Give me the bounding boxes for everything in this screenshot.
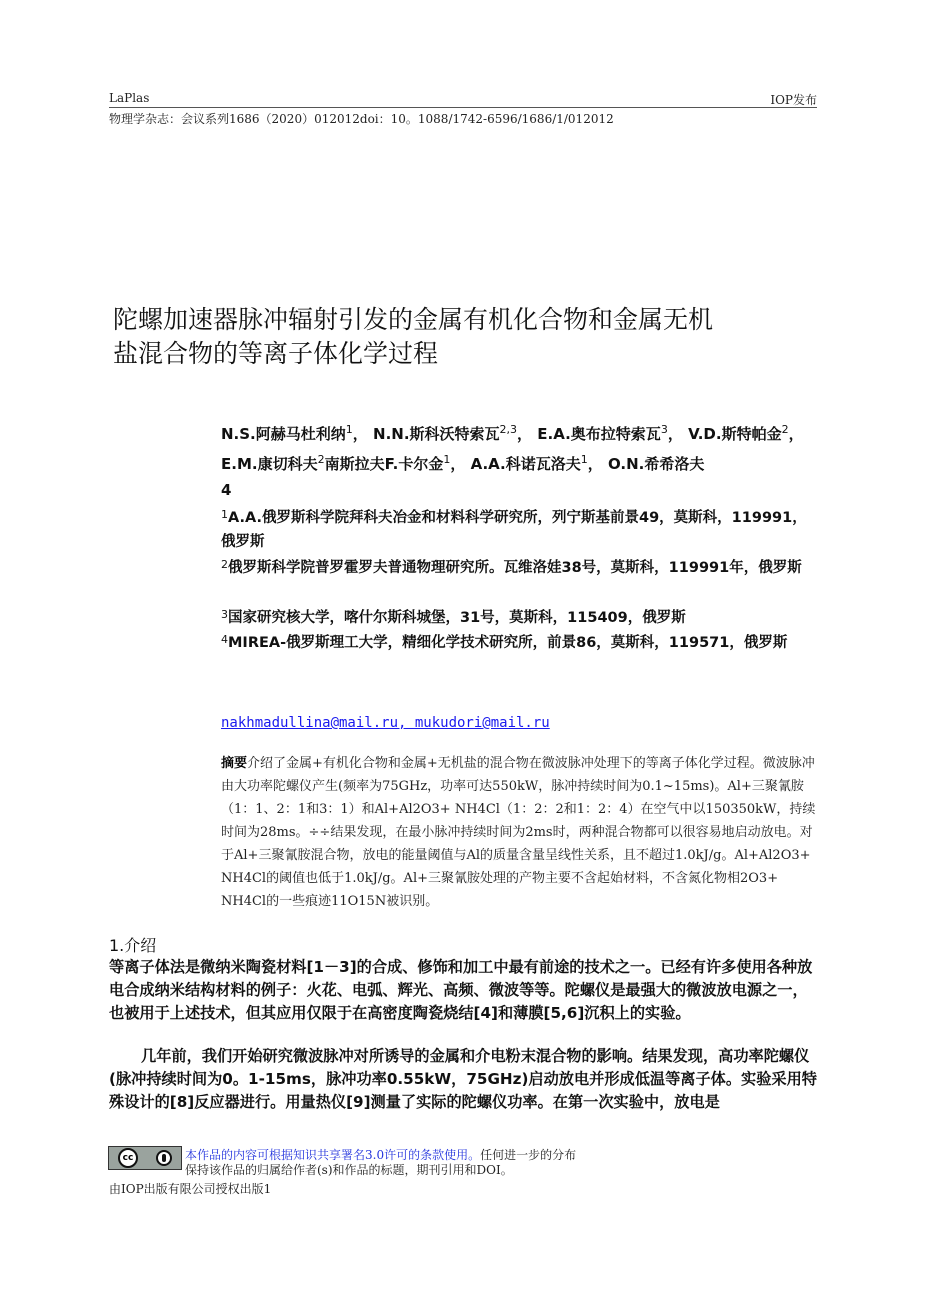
affiliation: 4MIREA-俄罗斯理工大学，精细化学技术研究所，前景86，莫斯科，119571… — [221, 628, 821, 655]
license-link[interactable]: 本作品的内容可根据知识共享署名3.0许可的条款使用。 — [185, 1148, 480, 1162]
affiliation-number: 1 — [221, 508, 228, 521]
separator: ， — [789, 425, 804, 443]
body-paragraph: 几年前，我们开始研究微波脉冲对所诱导的金属和介电粉末混合物的影响。结果发现，高功… — [109, 1045, 821, 1114]
license-text: 任何进一步的分布 — [480, 1148, 576, 1162]
author-affiliation-mark: 2,3 — [500, 423, 518, 436]
author-list: N.S.阿赫马杜利纳1， N.N.斯科沃特索瓦2,3， E.A.奥布拉特索瓦3，… — [221, 417, 821, 503]
author-affiliation-mark: 4 — [221, 481, 231, 499]
author: N.N.斯科沃特索瓦 — [373, 425, 500, 443]
paper-title: 陀螺加速器脉冲辐射引发的金属有机化合物和金属无机 盐混合物的等离子体化学过程 — [113, 303, 793, 371]
license-notice-line-2: 保持该作品的归属给作者(s)和作品的标题，期刊引用和DOI。 — [185, 1161, 513, 1178]
author: A.A.科诺瓦洛夫 — [471, 455, 581, 473]
separator: ， — [588, 455, 603, 473]
affiliation-number: 3 — [221, 608, 228, 621]
separator: ， — [668, 425, 683, 443]
section-heading: 1.介绍 — [109, 933, 156, 956]
attribution-person-icon — [156, 1150, 172, 1166]
author: V.D.斯特帕金 — [688, 425, 782, 443]
author: O.N.希希洛夫 — [608, 455, 704, 473]
cc-by-license-badge[interactable]: cc — [108, 1146, 182, 1170]
cc-icon: cc — [118, 1148, 138, 1168]
author-affiliation-mark: 2 — [318, 453, 325, 466]
author-affiliation-mark: 1 — [346, 423, 353, 436]
author: E.M.康切科夫 — [221, 455, 318, 473]
email-link[interactable]: nakhmadullina@mail.ru, mukudori@mail.ru — [221, 715, 550, 731]
author: 南斯拉夫F.卡尔金 — [325, 455, 444, 473]
title-line-1: 陀螺加速器脉冲辐射引发的金属有机化合物和金属无机 — [113, 303, 793, 337]
body-paragraph: 等离子体法是微纳米陶瓷材料[1－3]的合成、修饰和加工中最有前途的技术之一。已经… — [109, 956, 821, 1025]
affiliation-text: MIREA-俄罗斯理工大学，精细化学技术研究所，前景86，莫斯科，119571，… — [228, 635, 787, 651]
author: E.A.奥布拉特索瓦 — [537, 425, 661, 443]
affiliation-number: 4 — [221, 633, 228, 646]
author-affiliation-mark: 2 — [782, 423, 789, 436]
separator: ， — [450, 455, 465, 473]
abstract: 摘要介绍了金属+有机化合物和金属+无机盐的混合物在微波脉冲处理下的等离子体化学过… — [221, 752, 821, 913]
affiliation-text: A.A.俄罗斯科学院拜科夫冶金和材料科学研究所，列宁斯基前景49，莫斯科，119… — [221, 510, 807, 550]
affiliation-text: 俄罗斯科学院普罗霍罗夫普通物理研究所。瓦维洛娃38号，莫斯科，119991年，俄… — [228, 560, 802, 576]
separator: ， — [517, 425, 532, 443]
author-affiliation-mark: 1 — [581, 453, 588, 466]
affiliation: 1A.A.俄罗斯科学院拜科夫冶金和材料科学研究所，列宁斯基前景49，莫斯科，11… — [221, 503, 821, 554]
abstract-label: 摘要 — [221, 756, 247, 771]
header-publisher: IOP发布 — [770, 91, 817, 108]
title-line-2: 盐混合物的等离子体化学过程 — [113, 337, 793, 371]
separator: ， — [353, 425, 368, 443]
published-by: 由IOP出版有限公司授权出版1 — [109, 1180, 271, 1197]
affiliation-text: 国家研究核大学，喀什尔斯科城堡，31号，莫斯科，115409，俄罗斯 — [228, 610, 686, 626]
header-divider — [109, 107, 817, 108]
author: N.S.阿赫马杜利纳 — [221, 425, 346, 443]
citation-line: 物理学杂志：会议系列1686（2020）012012doi：10。1088/17… — [109, 110, 614, 127]
affiliation: 2俄罗斯科学院普罗霍罗夫普通物理研究所。瓦维洛娃38号，莫斯科，119991年，… — [221, 553, 821, 580]
abstract-text: 介绍了金属+有机化合物和金属+无机盐的混合物在微波脉冲处理下的等离子体化学过程。… — [221, 756, 815, 909]
author-affiliation-mark: 3 — [661, 423, 668, 436]
affiliation-number: 2 — [221, 558, 228, 571]
affiliation: 3国家研究核大学，喀什尔斯科城堡，31号，莫斯科，115409，俄罗斯 — [221, 603, 821, 630]
header-journal-short: LaPlas — [109, 91, 149, 105]
